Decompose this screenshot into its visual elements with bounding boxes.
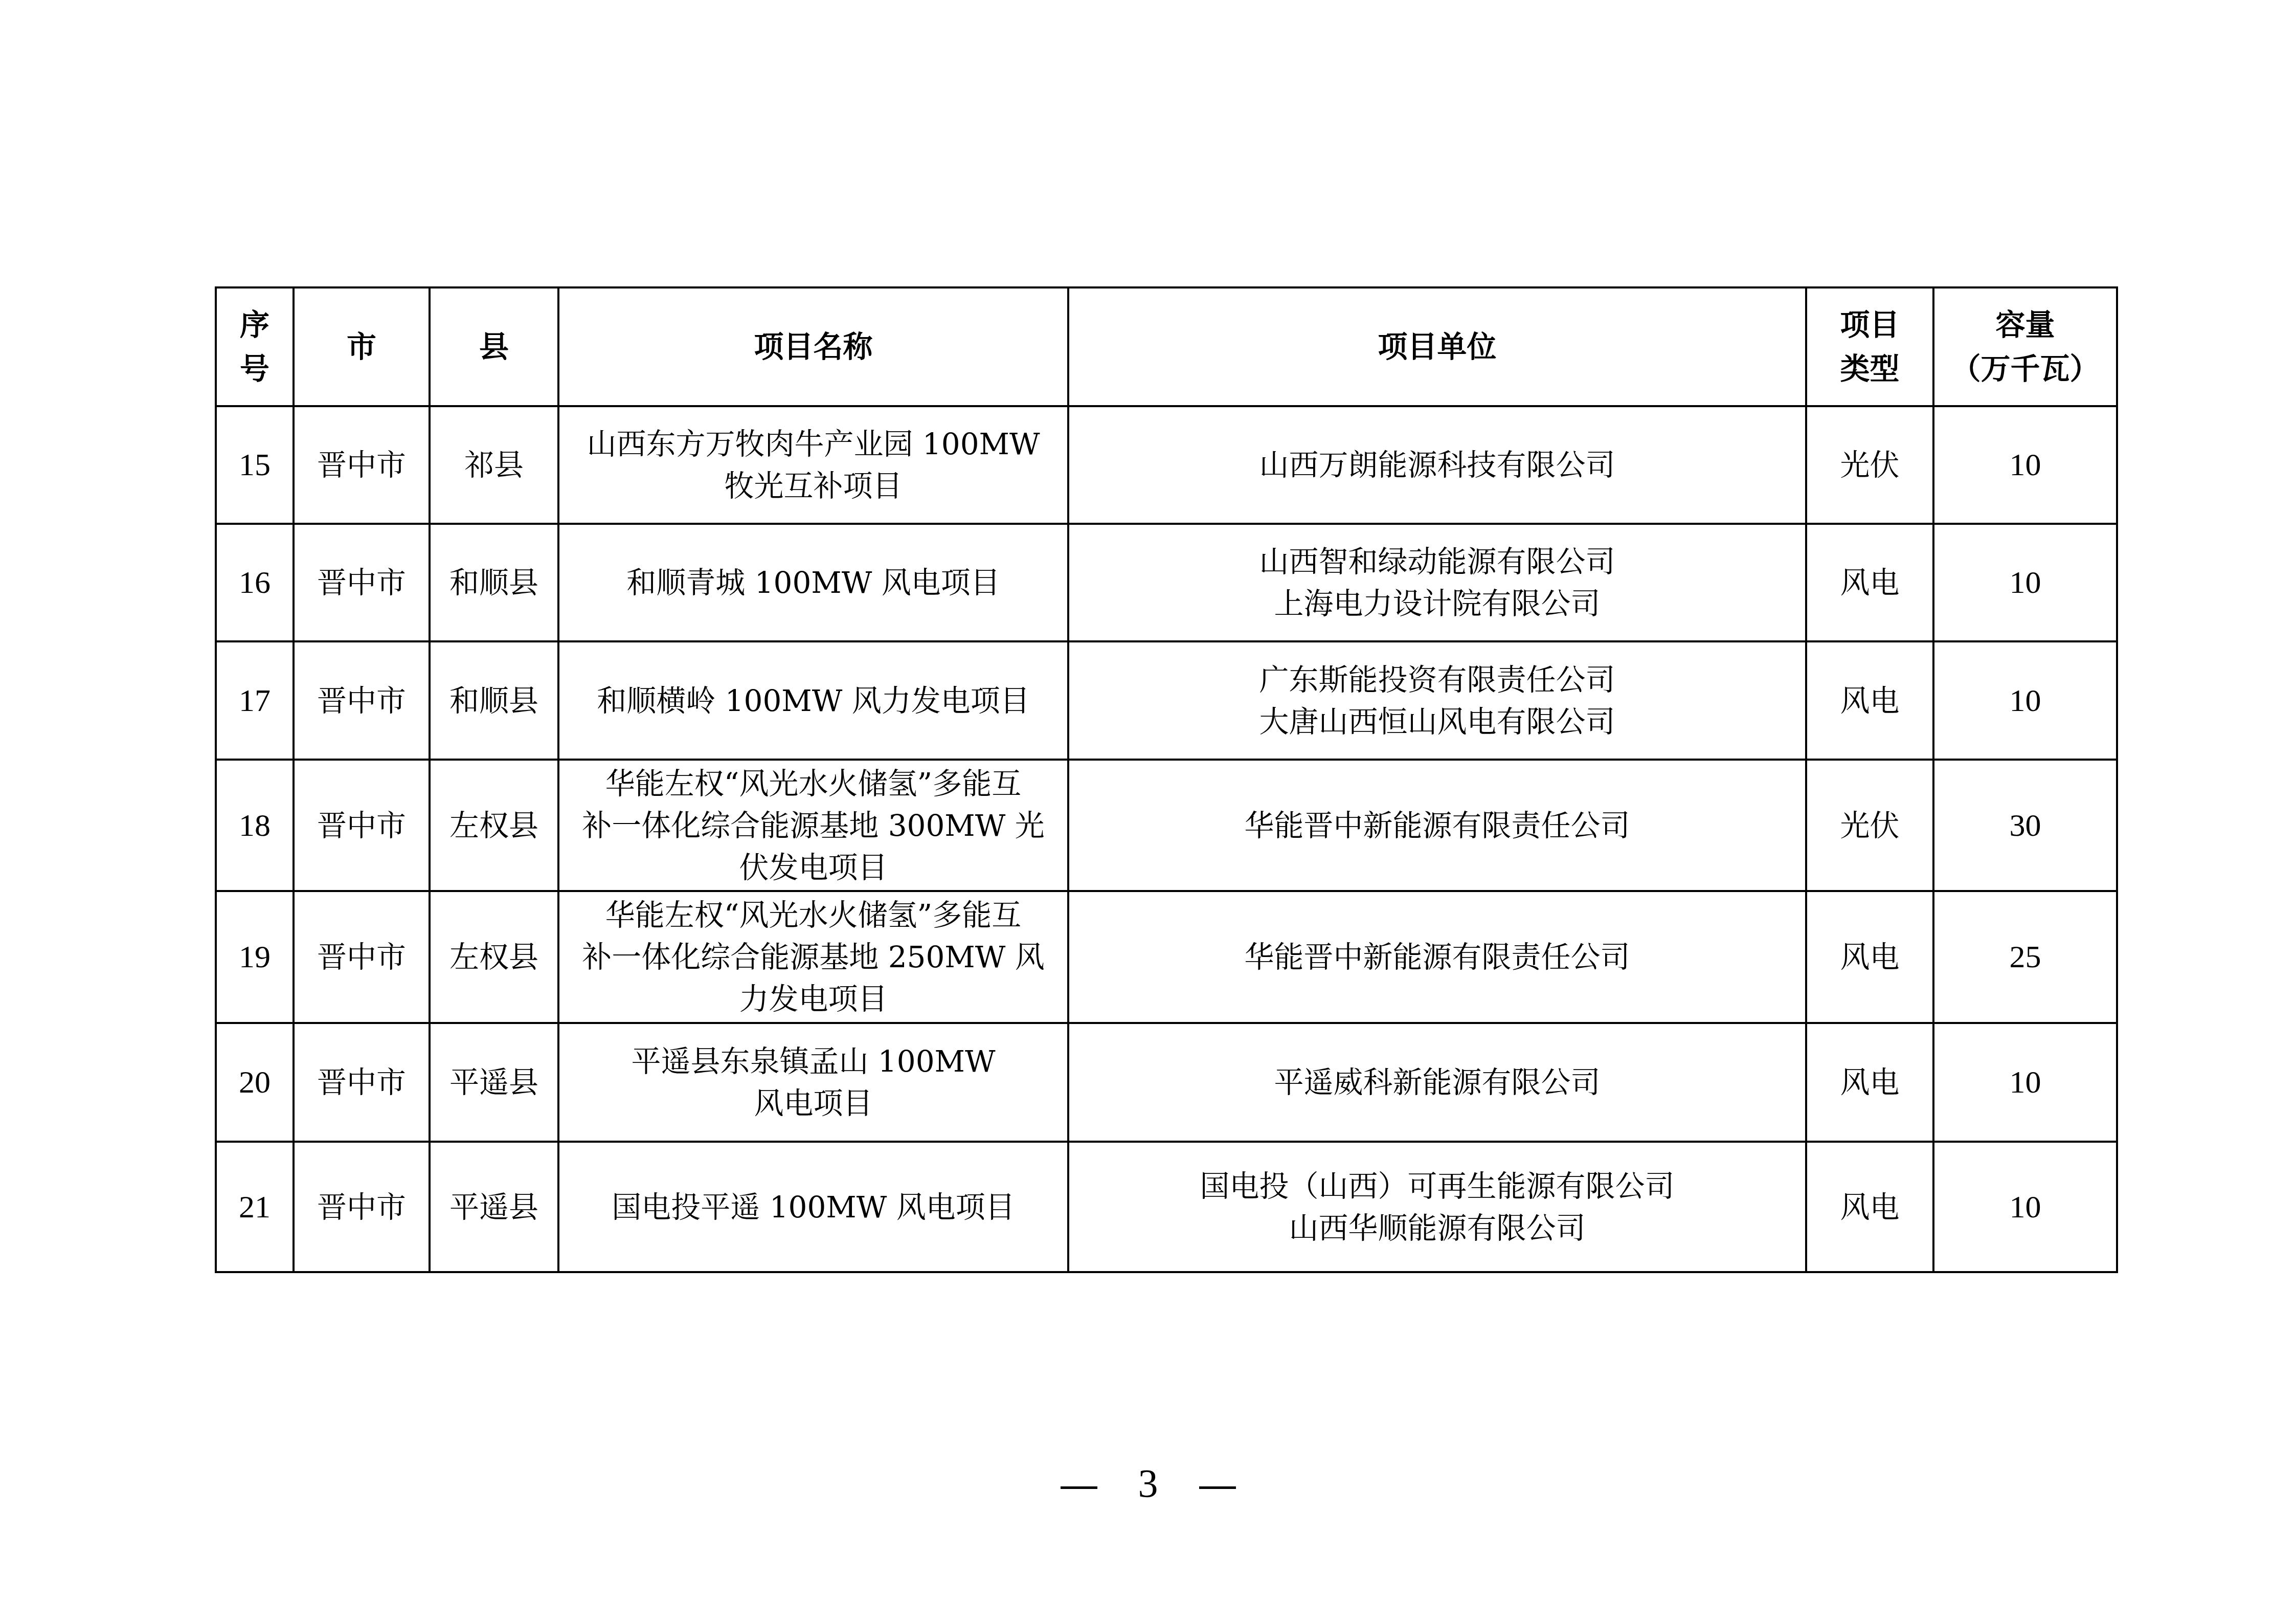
cell-project-type: 风电 bbox=[1806, 1142, 1933, 1272]
cell-capacity: 30 bbox=[1933, 760, 2117, 891]
cell-seq: 18 bbox=[216, 760, 294, 891]
table-row: 17晋中市和顺县和顺横岭 100MW 风力发电项目广东斯能投资有限责任公司大唐山… bbox=[216, 641, 2117, 760]
cell-project-unit: 华能晋中新能源有限责任公司 bbox=[1068, 760, 1806, 891]
cell-project-type: 风电 bbox=[1806, 891, 1933, 1023]
table-header-row: 序 号 市 县 项目名称 项目单位 项目 类型 容量 （万千瓦） bbox=[216, 287, 2117, 406]
cell-county: 左权县 bbox=[430, 891, 558, 1023]
header-project-type: 项目 类型 bbox=[1806, 287, 1933, 406]
cell-seq: 15 bbox=[216, 406, 294, 524]
cell-project-name: 和顺横岭 100MW 风力发电项目 bbox=[558, 641, 1068, 760]
cell-seq: 20 bbox=[216, 1023, 294, 1142]
cell-seq: 19 bbox=[216, 891, 294, 1023]
cell-project-unit: 华能晋中新能源有限责任公司 bbox=[1068, 891, 1806, 1023]
cell-city: 晋中市 bbox=[294, 1023, 430, 1142]
cell-project-unit: 山西万朗能源科技有限公司 bbox=[1068, 406, 1806, 524]
cell-project-name: 国电投平遥 100MW 风电项目 bbox=[558, 1142, 1068, 1272]
cell-project-unit: 平遥威科新能源有限公司 bbox=[1068, 1023, 1806, 1142]
table-row: 16晋中市和顺县和顺青城 100MW 风电项目山西智和绿动能源有限公司上海电力设… bbox=[216, 524, 2117, 641]
cell-project-unit: 国电投（山西）可再生能源有限公司山西华顺能源有限公司 bbox=[1068, 1142, 1806, 1272]
dash-right bbox=[1199, 1486, 1236, 1489]
cell-city: 晋中市 bbox=[294, 406, 430, 524]
header-seq: 序 号 bbox=[216, 287, 294, 406]
cell-city: 晋中市 bbox=[294, 641, 430, 760]
table-row: 21晋中市平遥县国电投平遥 100MW 风电项目国电投（山西）可再生能源有限公司… bbox=[216, 1142, 2117, 1272]
cell-city: 晋中市 bbox=[294, 760, 430, 891]
cell-capacity: 10 bbox=[1933, 406, 2117, 524]
cell-city: 晋中市 bbox=[294, 891, 430, 1023]
cell-project-name: 平遥县东泉镇孟山 100MW风电项目 bbox=[558, 1023, 1068, 1142]
cell-project-type: 风电 bbox=[1806, 524, 1933, 641]
table-row: 15晋中市祁县山西东方万牧肉牛产业园 100MW牧光互补项目山西万朗能源科技有限… bbox=[216, 406, 2117, 524]
cell-capacity: 10 bbox=[1933, 1142, 2117, 1272]
cell-project-type: 光伏 bbox=[1806, 406, 1933, 524]
cell-capacity: 25 bbox=[1933, 891, 2117, 1023]
cell-project-name: 华能左权“风光水火储氢”多能互补一体化综合能源基地 250MW 风力发电项目 bbox=[558, 891, 1068, 1023]
cell-project-type: 风电 bbox=[1806, 641, 1933, 760]
cell-project-type: 光伏 bbox=[1806, 760, 1933, 891]
cell-county: 平遥县 bbox=[430, 1023, 558, 1142]
project-table: 序 号 市 县 项目名称 项目单位 项目 类型 容量 （万千瓦） 15晋中市祁县… bbox=[215, 286, 2118, 1273]
cell-city: 晋中市 bbox=[294, 524, 430, 641]
cell-project-name: 和顺青城 100MW 风电项目 bbox=[558, 524, 1068, 641]
cell-project-name: 山西东方万牧肉牛产业园 100MW牧光互补项目 bbox=[558, 406, 1068, 524]
cell-seq: 17 bbox=[216, 641, 294, 760]
cell-county: 祁县 bbox=[430, 406, 558, 524]
cell-seq: 21 bbox=[216, 1142, 294, 1272]
header-project-name: 项目名称 bbox=[558, 287, 1068, 406]
page-number: 3 bbox=[1138, 1460, 1158, 1506]
header-city: 市 bbox=[294, 287, 430, 406]
cell-project-type: 风电 bbox=[1806, 1023, 1933, 1142]
cell-project-name: 华能左权“风光水火储氢”多能互补一体化综合能源基地 300MW 光伏发电项目 bbox=[558, 760, 1068, 891]
cell-county: 左权县 bbox=[430, 760, 558, 891]
header-county: 县 bbox=[430, 287, 558, 406]
cell-county: 和顺县 bbox=[430, 524, 558, 641]
cell-seq: 16 bbox=[216, 524, 294, 641]
header-project-unit: 项目单位 bbox=[1068, 287, 1806, 406]
cell-city: 晋中市 bbox=[294, 1142, 430, 1272]
dash-left bbox=[1061, 1486, 1097, 1489]
cell-capacity: 10 bbox=[1933, 524, 2117, 641]
page-footer: 3 bbox=[0, 1460, 2296, 1506]
cell-project-unit: 山西智和绿动能源有限公司上海电力设计院有限公司 bbox=[1068, 524, 1806, 641]
cell-capacity: 10 bbox=[1933, 641, 2117, 760]
table-row: 19晋中市左权县华能左权“风光水火储氢”多能互补一体化综合能源基地 250MW … bbox=[216, 891, 2117, 1023]
cell-county: 平遥县 bbox=[430, 1142, 558, 1272]
document-page: 序 号 市 县 项目名称 项目单位 项目 类型 容量 （万千瓦） 15晋中市祁县… bbox=[0, 0, 2296, 1624]
cell-county: 和顺县 bbox=[430, 641, 558, 760]
header-capacity: 容量 （万千瓦） bbox=[1933, 287, 2117, 406]
cell-project-unit: 广东斯能投资有限责任公司大唐山西恒山风电有限公司 bbox=[1068, 641, 1806, 760]
cell-capacity: 10 bbox=[1933, 1023, 2117, 1142]
table-row: 20晋中市平遥县平遥县东泉镇孟山 100MW风电项目平遥威科新能源有限公司风电1… bbox=[216, 1023, 2117, 1142]
table-row: 18晋中市左权县华能左权“风光水火储氢”多能互补一体化综合能源基地 300MW … bbox=[216, 760, 2117, 891]
